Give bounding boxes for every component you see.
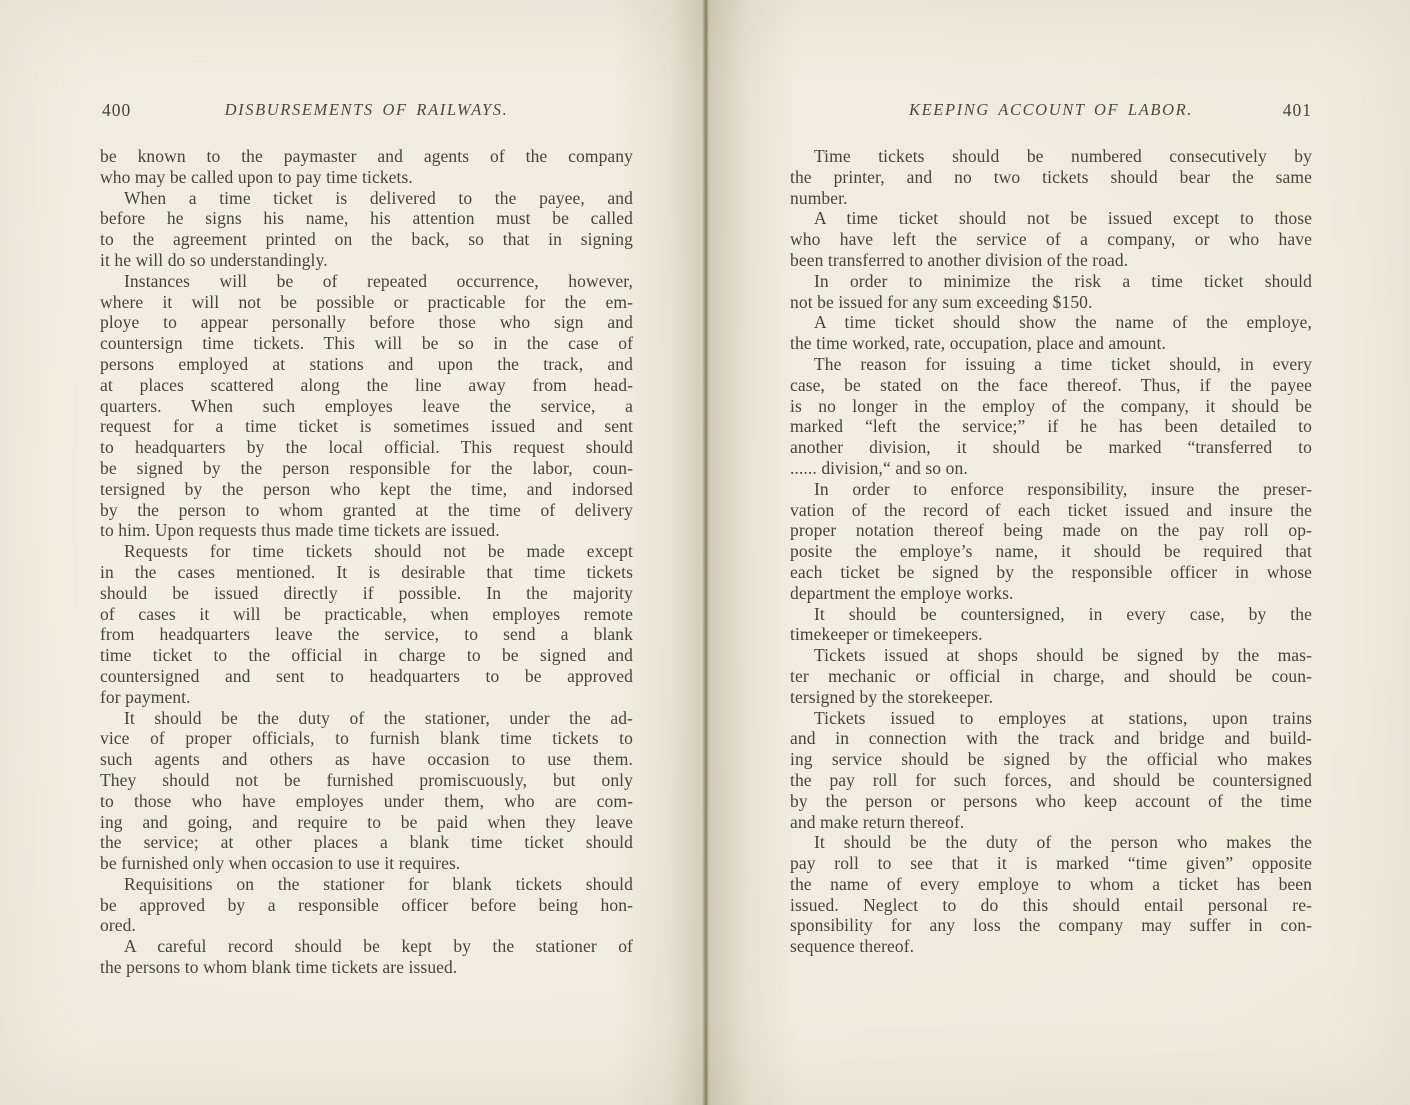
text-line: posite the employe’s name, it should be … xyxy=(790,541,1312,562)
text-line: tersigned by the person who kept the tim… xyxy=(100,479,633,500)
text-line: for payment. xyxy=(100,687,633,708)
text-line: who have left the service of a company, … xyxy=(790,229,1312,250)
text-line: number. xyxy=(790,188,1312,209)
text-line: the name of every employe to whom a tick… xyxy=(790,874,1312,895)
text-line: ...... division,“ and so on. xyxy=(790,458,1312,479)
text-line: and make return thereof. xyxy=(790,812,1312,833)
text-line: by the person to whom granted at the tim… xyxy=(100,500,633,521)
text-line: it he will do so understandingly. xyxy=(100,250,633,271)
text-line: the service; at other places a blank tim… xyxy=(100,832,633,853)
text-line: A time ticket should not be issued excep… xyxy=(790,208,1312,229)
text-line: be signed by the person responsible for … xyxy=(100,458,633,479)
text-line: issued. Neglect to do this should entail… xyxy=(790,895,1312,916)
text-line: where it will not be possible or practic… xyxy=(100,292,633,313)
text-line: be known to the paymaster and agents of … xyxy=(100,146,633,167)
text-line: time ticket to the official in charge to… xyxy=(100,645,633,666)
text-line: vice of proper officials, to furnish bla… xyxy=(100,728,633,749)
text-line: Instances will be of repeated occurrence… xyxy=(100,271,633,292)
paragraph: Requisitions on the stationer for blank … xyxy=(100,874,633,936)
paragraph: A careful record should be kept by the s… xyxy=(100,936,633,978)
text-line: to the agreement printed on the back, so… xyxy=(100,229,633,250)
text-line: persons employed at stations and upon th… xyxy=(100,354,633,375)
text-line: sequence thereof. xyxy=(790,936,1312,957)
text-line: from headquarters leave the service, to … xyxy=(100,624,633,645)
paragraph: Instances will be of repeated occurrence… xyxy=(100,271,633,541)
text-line: tersigned by the storekeeper. xyxy=(790,687,1312,708)
text-line: Requisitions on the stationer for blank … xyxy=(100,874,633,895)
paragraph: Requests for time tickets should not be … xyxy=(100,541,633,707)
page-number-right: 401 xyxy=(1283,100,1312,121)
paragraph: It should be the duty of the person who … xyxy=(790,832,1312,957)
text-line: department the employe works. xyxy=(790,583,1312,604)
text-line: be furnished only when occasion to use i… xyxy=(100,853,633,874)
page-number-left: 400 xyxy=(102,100,131,121)
text-line: In order to minimize the risk a time tic… xyxy=(790,271,1312,292)
text-line: case, be stated on the face thereof. Thu… xyxy=(790,375,1312,396)
paragraph: Time tickets should be numbered consecut… xyxy=(790,146,1312,208)
text-line: another division, it should be marked “t… xyxy=(790,437,1312,458)
text-line: should be issued directly if possible. I… xyxy=(100,583,633,604)
text-line: vation of the record of each ticket issu… xyxy=(790,500,1312,521)
text-line: It should be countersigned, in every cas… xyxy=(790,604,1312,625)
text-line: the printer, and no two tickets should b… xyxy=(790,167,1312,188)
running-head-right: KEEPING ACCOUNT OF LABOR. xyxy=(790,100,1312,120)
text-line: A careful record should be kept by the s… xyxy=(100,936,633,957)
right-page: KEEPING ACCOUNT OF LABOR. 401 Time ticke… xyxy=(706,0,1410,1105)
left-page: 400 DISBURSEMENTS OF RAILWAYS. be known … xyxy=(0,0,706,1105)
text-line: request for a time ticket is sometimes i… xyxy=(100,416,633,437)
text-line: proper notation thereof being made on th… xyxy=(790,520,1312,541)
text-line: countersign time tickets. This will be s… xyxy=(100,333,633,354)
text-line: Time tickets should be numbered consecut… xyxy=(790,146,1312,167)
paragraph: The reason for issuing a time ticket sho… xyxy=(790,354,1312,479)
text-line: sponsibility for any loss the company ma… xyxy=(790,915,1312,936)
paragraph: In order to minimize the risk a time tic… xyxy=(790,271,1312,313)
paragraph: Tickets issued to employes at stations, … xyxy=(790,708,1312,833)
text-line: of cases it will be practicable, when em… xyxy=(100,604,633,625)
left-page-header: 400 DISBURSEMENTS OF RAILWAYS. xyxy=(100,100,633,122)
running-head-left: DISBURSEMENTS OF RAILWAYS. xyxy=(100,100,633,120)
text-line: pay roll to see that it is marked “time … xyxy=(790,853,1312,874)
text-line: When a time ticket is delivered to the p… xyxy=(100,188,633,209)
text-line: timekeeper or timekeepers. xyxy=(790,624,1312,645)
text-line: not be issued for any sum exceeding $150… xyxy=(790,292,1312,313)
paragraph: It should be the duty of the stationer, … xyxy=(100,708,633,874)
text-line: been transferred to another division of … xyxy=(790,250,1312,271)
text-line: Tickets issued at shops should be signed… xyxy=(790,645,1312,666)
text-line: They should not be furnished promiscuous… xyxy=(100,770,633,791)
paragraph: A time ticket should not be issued excep… xyxy=(790,208,1312,270)
paragraph: A time ticket should show the name of th… xyxy=(790,312,1312,354)
text-line: who may be called upon to pay time ticke… xyxy=(100,167,633,188)
text-line: such agents and others as have occasion … xyxy=(100,749,633,770)
text-line: ploye to appear personally before those … xyxy=(100,312,633,333)
right-page-header: KEEPING ACCOUNT OF LABOR. 401 xyxy=(790,100,1312,122)
text-line: is no longer in the employ of the compan… xyxy=(790,396,1312,417)
text-line: before he signs his name, his attention … xyxy=(100,208,633,229)
text-line: by the person or persons who keep accoun… xyxy=(790,791,1312,812)
text-line: the time worked, rate, occupation, place… xyxy=(790,333,1312,354)
text-line: ter mechanic or official in charge, and … xyxy=(790,666,1312,687)
text-line: the persons to whom blank time tickets a… xyxy=(100,957,633,978)
text-line: Tickets issued to employes at stations, … xyxy=(790,708,1312,729)
text-line: to him. Upon requests thus made time tic… xyxy=(100,520,633,541)
right-page-body: Time tickets should be numbered consecut… xyxy=(790,146,1312,957)
paragraph: Tickets issued at shops should be signed… xyxy=(790,645,1312,707)
left-page-body: be known to the paymaster and agents of … xyxy=(100,146,633,978)
text-line: countersigned and sent to headquarters t… xyxy=(100,666,633,687)
paragraph: be known to the paymaster and agents of … xyxy=(100,146,633,188)
text-line: In order to enforce responsibility, insu… xyxy=(790,479,1312,500)
text-line: each ticket be signed by the responsible… xyxy=(790,562,1312,583)
text-line: to those who have employes under them, w… xyxy=(100,791,633,812)
paragraph: When a time ticket is delivered to the p… xyxy=(100,188,633,271)
paragraph: In order to enforce responsibility, insu… xyxy=(790,479,1312,604)
text-line: It should be the duty of the stationer, … xyxy=(100,708,633,729)
text-line: It should be the duty of the person who … xyxy=(790,832,1312,853)
text-line: Requests for time tickets should not be … xyxy=(100,541,633,562)
text-line: and in connection with the track and bri… xyxy=(790,728,1312,749)
text-line: marked “left the service;” if he has bee… xyxy=(790,416,1312,437)
text-line: ing and going, and require to be paid wh… xyxy=(100,812,633,833)
text-line: to headquarters by the local official. T… xyxy=(100,437,633,458)
text-line: quarters. When such employes leave the s… xyxy=(100,396,633,417)
text-line: be approved by a responsible officer bef… xyxy=(100,895,633,916)
text-line: A time ticket should show the name of th… xyxy=(790,312,1312,333)
text-line: ing service should be signed by the offi… xyxy=(790,749,1312,770)
text-line: in the cases mentioned. It is desirable … xyxy=(100,562,633,583)
text-line: ored. xyxy=(100,915,633,936)
text-line: at places scattered along the line away … xyxy=(100,375,633,396)
paragraph: It should be countersigned, in every cas… xyxy=(790,604,1312,646)
text-line: The reason for issuing a time ticket sho… xyxy=(790,354,1312,375)
book-scan: 400 DISBURSEMENTS OF RAILWAYS. be known … xyxy=(0,0,1410,1105)
text-line: the pay roll for such forces, and should… xyxy=(790,770,1312,791)
